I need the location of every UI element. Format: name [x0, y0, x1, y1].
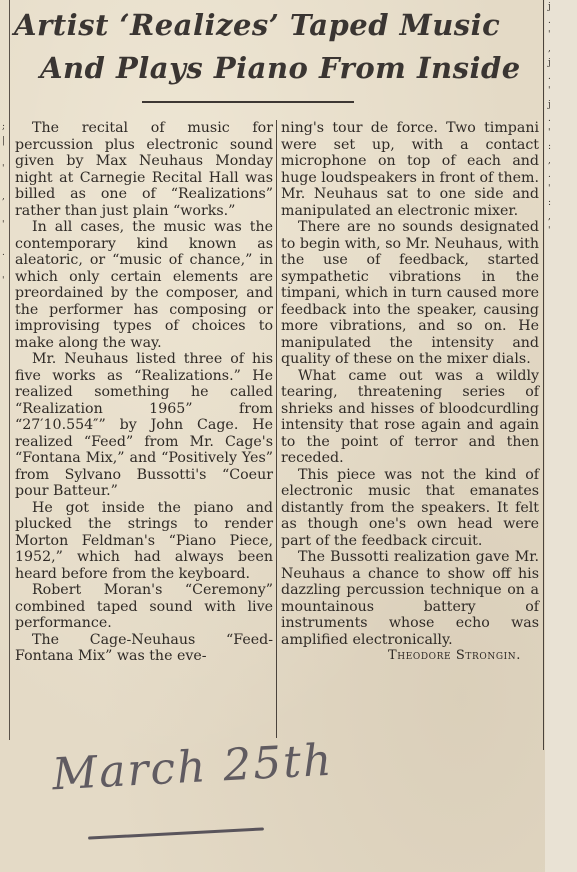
article-column-right: ning's tour de force. Two timpani were s… — [281, 120, 539, 665]
paragraph: The Cage-Neuhaus “Feed-Fontana Mix” was … — [15, 632, 273, 665]
paragraph: Robert Moran's “Ceremony” combined taped… — [15, 582, 273, 632]
paragraph: What came out was a wildly tearing, thre… — [281, 368, 539, 467]
headline-line-1: Artist ‘Realizes’ Taped Music — [14, 4, 542, 47]
paragraph: In all cases, the music was the contempo… — [15, 219, 273, 351]
paragraph: The recital of music for percussion plus… — [15, 120, 273, 219]
headline-line-2: And Plays Piano From Inside — [14, 47, 542, 90]
headline-rule — [142, 101, 354, 103]
byline: Theodore Strongin. — [281, 648, 539, 665]
paragraph: He got inside the piano and plucked the … — [15, 500, 273, 583]
right-column-rule — [543, 0, 544, 750]
headline: Artist ‘Realizes’ Taped Music And Plays … — [14, 4, 542, 90]
paragraph: ning's tour de force. Two timpani were s… — [281, 120, 539, 219]
paragraph: The Bussotti realization gave Mr. Neuhau… — [281, 549, 539, 648]
center-column-rule — [276, 120, 277, 738]
paragraph: There are no sounds designated to begin … — [281, 219, 539, 368]
paragraph: This piece was not the kind of electroni… — [281, 467, 539, 550]
left-margin-marks: ;|','.' — [2, 120, 8, 350]
article-column-left: The recital of music for percussion plus… — [15, 120, 273, 665]
left-column-rule — [9, 0, 10, 740]
right-margin-marks: j.',j.'j.':,.':,' — [548, 0, 554, 250]
paragraph: Mr. Neuhaus listed three of his five wor… — [15, 351, 273, 500]
